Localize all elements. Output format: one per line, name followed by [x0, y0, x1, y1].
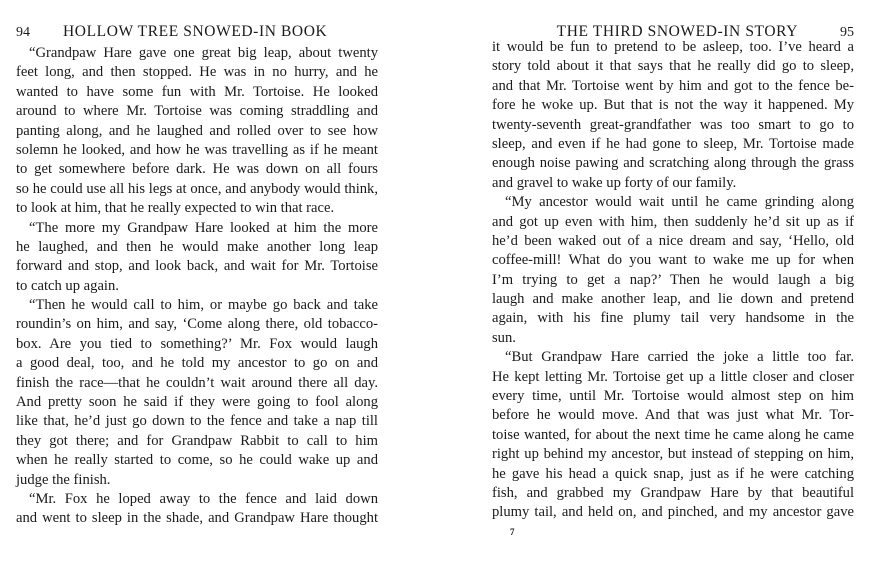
text-line: forward and stop, and look back, and wai…	[16, 257, 378, 276]
text-line: to look at him, that he really expected …	[16, 199, 378, 218]
text-line: I’m trying to get a nap?’ Then he would …	[492, 271, 854, 290]
text-line: to get somewhere before dark. He was dow…	[16, 160, 378, 179]
text-line: fish, and grabbed my Grandpaw Hare by th…	[492, 484, 854, 503]
text-line: to catch up again.	[16, 277, 378, 296]
text-line: and that Mr. Tortoise went by him and go…	[492, 77, 854, 96]
text-line: He kept letting Mr. Tortoise get up a li…	[492, 368, 854, 387]
text-line: he gave his head a quick snap, just as i…	[492, 465, 854, 484]
text-line: finish the race—that he couldn’t wait ar…	[16, 374, 378, 393]
page-number: 94	[16, 25, 30, 41]
text-line: roundin’s on him, and say, ‘Come along t…	[16, 315, 378, 334]
text-line: right up behind my ancestor, but instead…	[492, 445, 854, 464]
text-line: and went to sleep in the shade, and Gran…	[16, 509, 378, 528]
text-line: wanted to have some fun with Mr. Tortois…	[16, 83, 378, 102]
text-line: he’d been waked out of a nice dream and …	[492, 232, 854, 251]
text-line: toise wanted, for about the next time he…	[492, 426, 854, 445]
text-line: again, with his fine plumy tail very han…	[492, 309, 854, 328]
text-line: “Then he would call to him, or maybe go …	[16, 296, 378, 315]
text-line: panting along, and he laughed and rolled…	[16, 122, 378, 141]
text-line: sleep, and even if he had gone to sleep,…	[492, 135, 854, 154]
left-page-body: “Grandpaw Hare gave one great big leap, …	[16, 44, 378, 529]
text-line: they got there; and for Grandpaw Rabbit …	[16, 432, 378, 451]
signature-mark: 7	[510, 527, 515, 537]
text-line: fore he woke up. But that is not the way…	[492, 96, 854, 115]
text-line: he laughed, and then he would make anoth…	[16, 238, 378, 257]
text-line: “The more my Grandpaw Hare looked at him…	[16, 219, 378, 238]
right-page: THE THIRD SNOWED-IN STORY 95 it would be…	[492, 0, 854, 567]
text-line: box. Are you tied to something?’ Mr. Fox…	[16, 335, 378, 354]
left-page-header: 94 HOLLOW TREE SNOWED-IN BOOK	[16, 23, 378, 43]
text-line: “My ancestor would wait until he came gr…	[492, 193, 854, 212]
text-line: coffee-mill! What do you want to wake me…	[492, 251, 854, 270]
text-line: solemn he looked, and how he was travell…	[16, 141, 378, 160]
text-line: story told about it that says that he re…	[492, 57, 854, 76]
text-line: twenty-seventh great-grandfather was too…	[492, 116, 854, 135]
text-line: judge the finish.	[16, 471, 378, 490]
text-line: sun.	[492, 329, 854, 348]
text-line: “But Grandpaw Hare carried the joke a li…	[492, 348, 854, 367]
text-line: before he would move. And that was just …	[492, 406, 854, 425]
text-line: and got up even with him, then suddenly …	[492, 213, 854, 232]
text-line: when he really started to come, so he co…	[16, 451, 378, 470]
text-line: “Grandpaw Hare gave one great big leap, …	[16, 44, 378, 63]
text-line: And pretty soon he said if they were goi…	[16, 393, 378, 412]
text-line: like that, he’d just go down to the fenc…	[16, 412, 378, 431]
text-line: so he could use all his legs at once, an…	[16, 180, 378, 199]
right-page-body: it would be fun to pretend to be asleep,…	[492, 38, 854, 523]
text-line: a good deal, too, and he told my ancesto…	[16, 354, 378, 373]
text-line: enough noise pawing and scratching along…	[492, 154, 854, 173]
left-page: 94 HOLLOW TREE SNOWED-IN BOOK “Grandpaw …	[16, 0, 378, 567]
text-line: around to where Mr. Tortoise was coming …	[16, 102, 378, 121]
text-line: feet long, and then stopped. He was in n…	[16, 63, 378, 82]
running-head: HOLLOW TREE SNOWED-IN BOOK	[63, 23, 327, 41]
text-line: every time, until Mr. Tortoise would alm…	[492, 387, 854, 406]
text-line: and gravel to wake up forty of our famil…	[492, 174, 854, 193]
text-line: it would be fun to pretend to be asleep,…	[492, 38, 854, 57]
text-line: “Mr. Fox he loped away to the fence and …	[16, 490, 378, 509]
text-line: laugh and make another leap, and lie dow…	[492, 290, 854, 309]
text-line: plumy tail, and held on, and pinched, an…	[492, 503, 854, 522]
